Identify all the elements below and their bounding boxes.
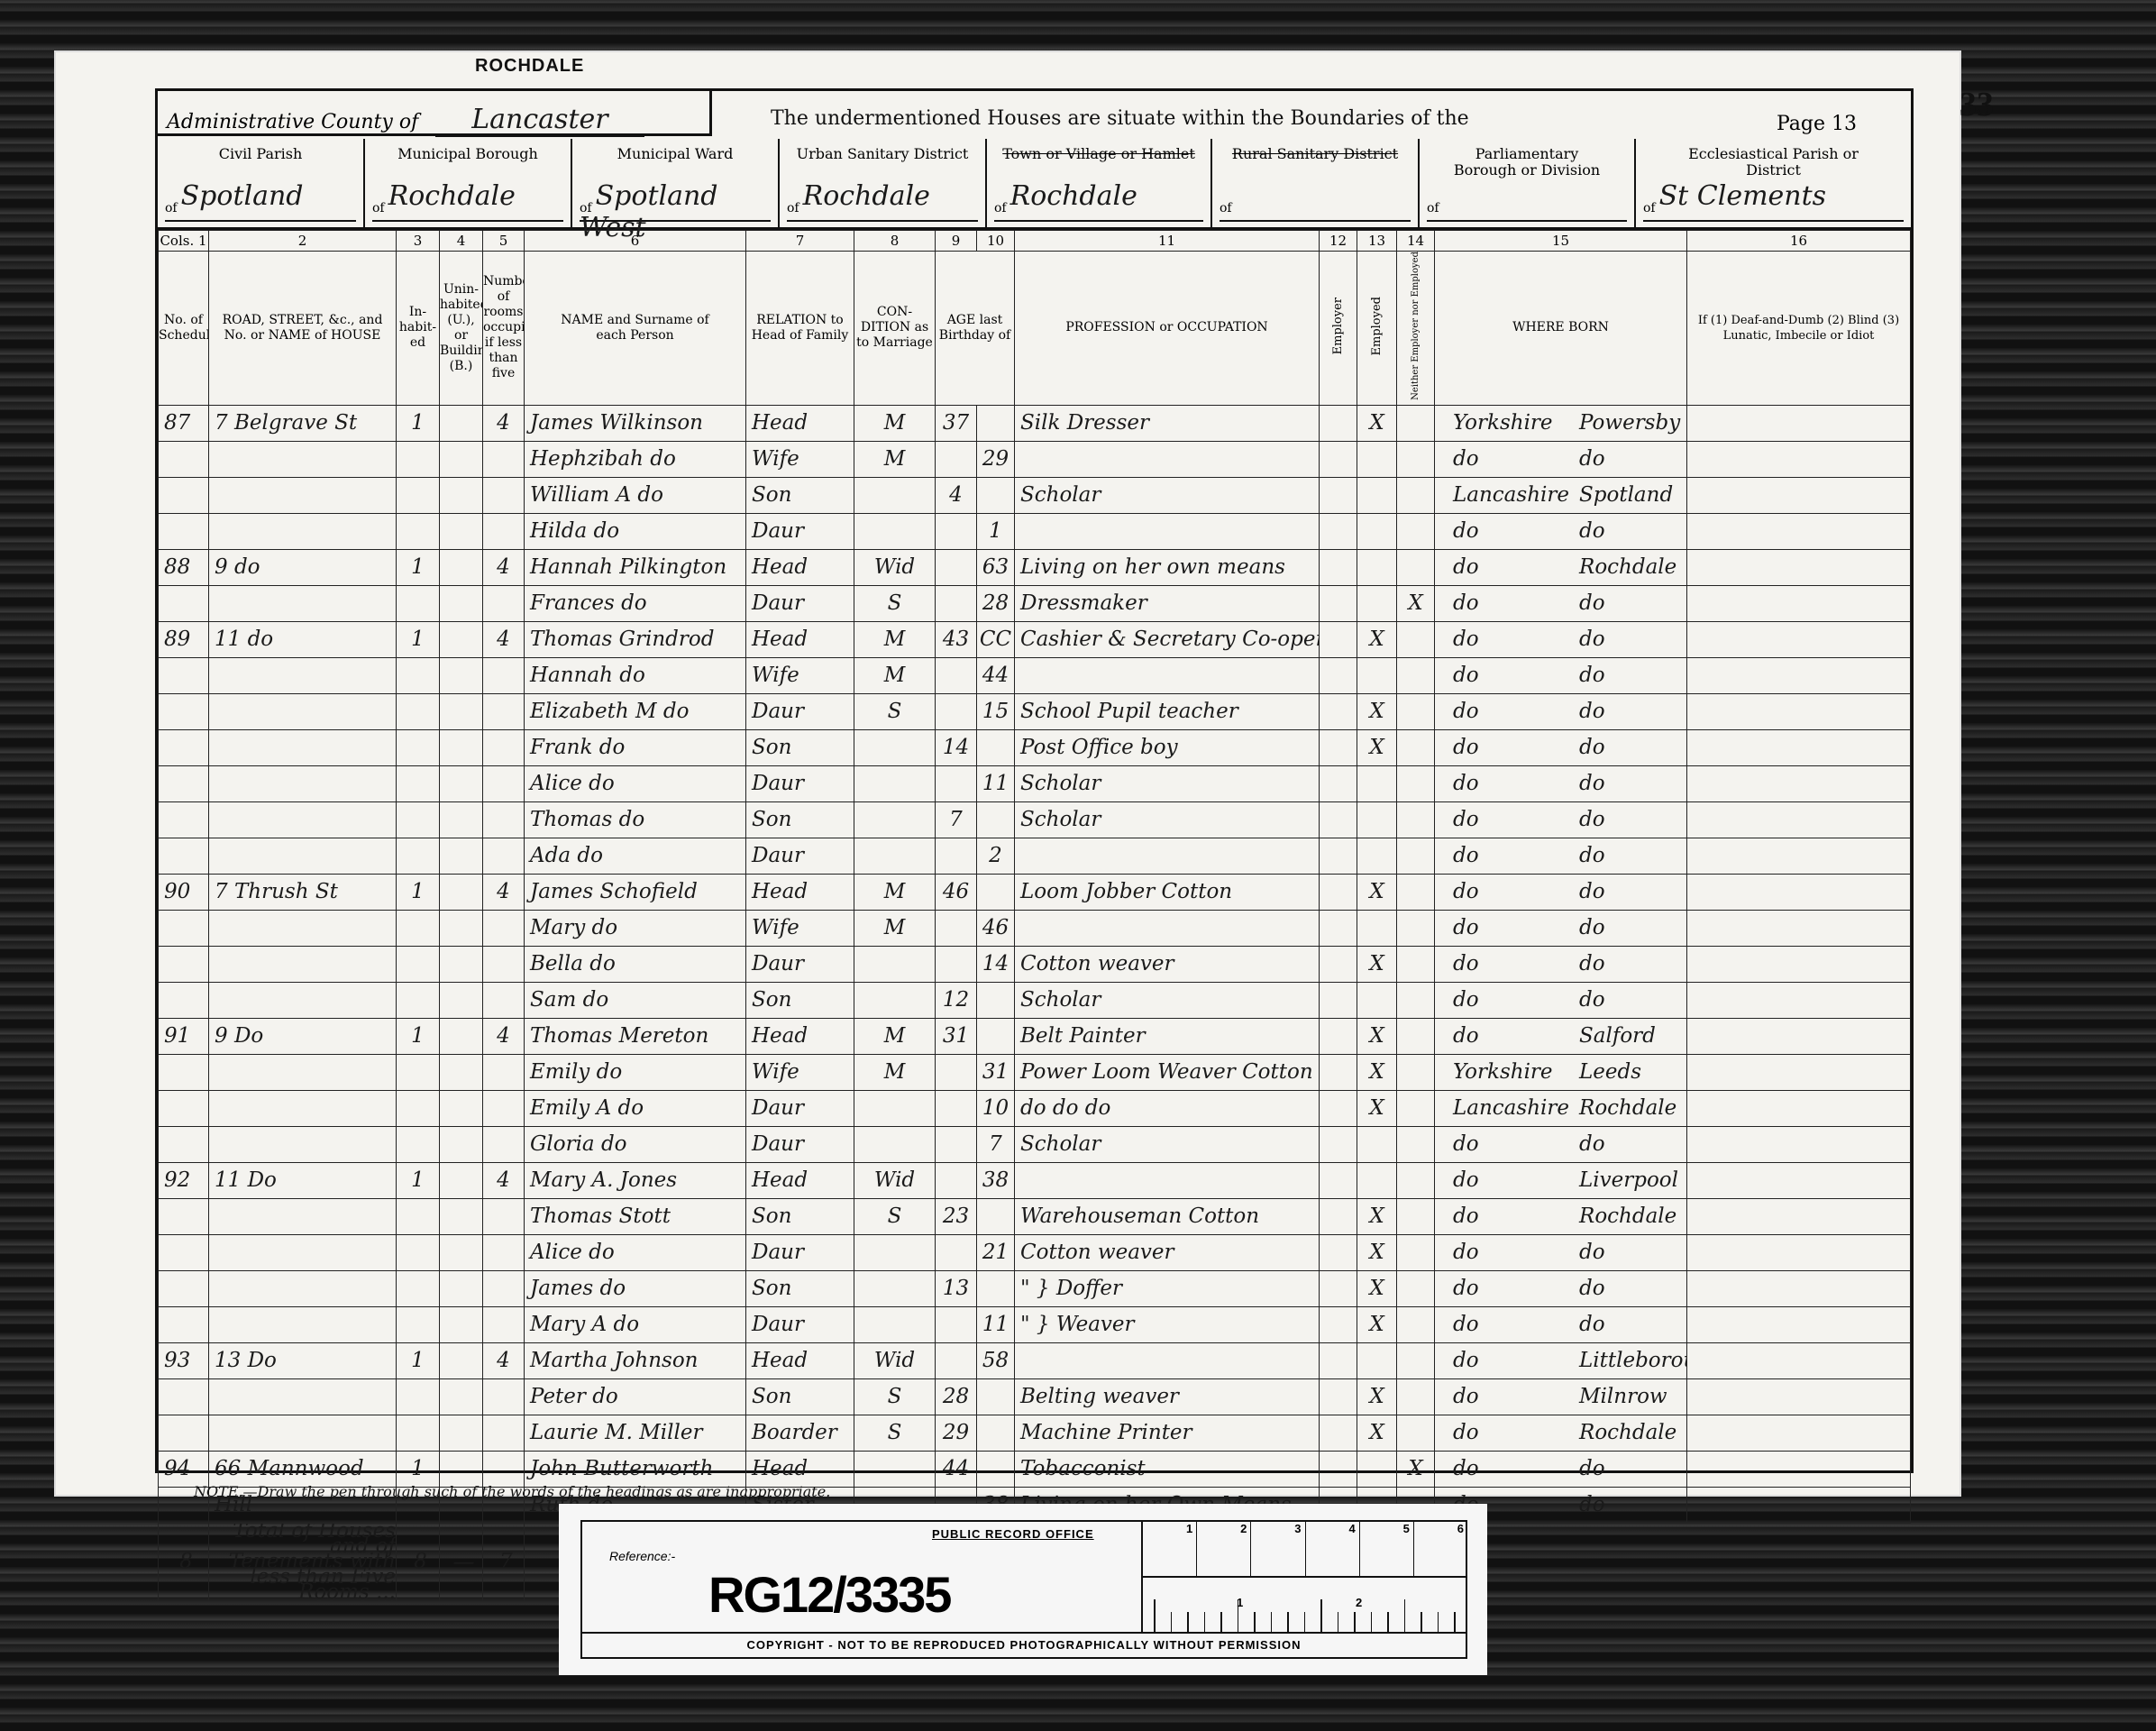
cell-name: Emily do [525,1054,746,1090]
cell-occupation: Tobacconist [1015,1451,1320,1487]
cell-rooms [483,801,525,838]
cell-address [209,838,397,874]
scale-tick [1287,1612,1289,1632]
cell-name: Elizabeth M do [525,693,746,729]
cell-neither: X [1397,585,1435,621]
cell-male-age [936,1126,977,1162]
cell-where-born: dodo [1435,1126,1687,1162]
cell-empty [440,477,483,513]
cell-male-age: 4 [936,477,977,513]
cell-condition [854,1234,936,1270]
table-row: 9313 Do14Martha JohnsonHeadWid58doLittle… [159,1342,1911,1378]
cell-occupation: Scholar [1015,982,1320,1018]
cell-employed [1357,513,1397,549]
cell-schedule: 92 [159,1162,209,1198]
cell-empty [440,1090,483,1126]
cell-rooms [483,1270,525,1306]
cell-schedule: 88 [159,549,209,585]
district-municipal-borough: Municipal Borough ofRochdale [365,139,572,227]
cell-schedule: 93 [159,1342,209,1378]
cell-male-age: 28 [936,1378,977,1415]
cell-empty [1687,982,1911,1018]
header-neither: Neither Employer nor Employed [1411,252,1421,400]
cell-address [209,1270,397,1306]
cell-name: Thomas Grindrod [525,621,746,657]
cell-neither [1397,729,1435,765]
cell-occupation: do do do [1015,1090,1320,1126]
cell-condition: M [854,657,936,693]
cell-name: Ada do [525,838,746,874]
cell-male-age [936,1054,977,1090]
cell-condition [854,477,936,513]
cell-female-age: 14 [977,946,1015,982]
cell-name: Gloria do [525,1126,746,1162]
cell-employer [1320,585,1357,621]
header-where-born: WHERE BORN [1435,252,1687,406]
cell-condition: M [854,874,936,910]
copyright-notice: COPYRIGHT - NOT TO BE REPRODUCED PHOTOGR… [582,1632,1466,1657]
total-houses-label: Total of Houses and of Tenements with le… [209,1523,397,1600]
cell-male-age [936,1090,977,1126]
cell-female-age: 2 [977,838,1015,874]
cell-relation: Son [746,801,854,838]
cell-inhabited: 1 [397,549,440,585]
cell-where-born: doRochdale [1435,549,1687,585]
cell-female-age: 11 [977,765,1015,801]
total-inhabited: 8 [397,1523,440,1600]
cell-male-age [936,693,977,729]
cell-inhabited [397,946,440,982]
cell-inhabited [397,765,440,801]
scale-tick [1254,1612,1256,1632]
scale-tick [1154,1599,1156,1632]
cell-where-born: doLiverpool [1435,1162,1687,1198]
table-row: Hilda doDaur1dodo [159,513,1911,549]
cell-empty [1687,1198,1911,1234]
cell-condition: M [854,1054,936,1090]
cell-where-born: LancashireSpotland [1435,477,1687,513]
district-ecclesiastical: Ecclesiastical Parish or District ofSt C… [1636,139,1911,227]
table-row: Alice doDaur11Scholardodo [159,765,1911,801]
cell-relation: Daur [746,513,854,549]
cell-empty [1687,693,1911,729]
cell-relation: Son [746,982,854,1018]
cell-rooms: 4 [483,1162,525,1198]
cell-employed [1357,657,1397,693]
cell-female-age [977,1198,1015,1234]
cell-where-born: dodo [1435,982,1687,1018]
cell-female-age: 1 [977,513,1015,549]
cell-female-age: 63 [977,549,1015,585]
cell-rooms [483,693,525,729]
cell-relation: Daur [746,585,854,621]
cell-male-age [936,1234,977,1270]
cell-female-age [977,477,1015,513]
cell-relation: Daur [746,765,854,801]
header-occupation: PROFESSION or OCCUPATION [1015,252,1320,406]
cell-rooms [483,1090,525,1126]
cell-condition [854,513,936,549]
cell-employed [1357,838,1397,874]
cell-rooms: 4 [483,549,525,585]
cell-employer [1320,765,1357,801]
cell-male-age [936,765,977,801]
cell-name: Thomas do [525,801,746,838]
cell-address: 11 Do [209,1162,397,1198]
cell-employed: X [1357,405,1397,441]
cell-employer [1320,657,1357,693]
cell-name: Alice do [525,765,746,801]
scale-tick [1338,1612,1339,1632]
header-address: ROAD, STREET, &c., and No. or NAME of HO… [209,252,397,406]
cell-relation: Daur [746,838,854,874]
cell-employer [1320,838,1357,874]
cell-occupation: Cashier & Secretary Co-operative Society [1015,621,1320,657]
cell-name: Thomas Stott [525,1198,746,1234]
cell-inhabited: 1 [397,874,440,910]
cell-schedule: 90 [159,874,209,910]
cell-inhabited [397,910,440,946]
table-row: 907 Thrush St14James SchofieldHeadM46Loo… [159,874,1911,910]
table-row: William A doSon4ScholarLancashireSpotlan… [159,477,1911,513]
cell-relation: Daur [746,1090,854,1126]
cell-employer [1320,1090,1357,1126]
header-uninhabited: Unin-habited (U.), or Building (B.) [440,252,483,406]
cell-male-age: 44 [936,1451,977,1487]
cell-employer [1320,513,1357,549]
cell-neither [1397,765,1435,801]
cell-employed: X [1357,1234,1397,1270]
cell-inhabited [397,1306,440,1342]
cell-employed: X [1357,1378,1397,1415]
cell-empty [1687,1415,1911,1451]
cell-condition [854,1270,936,1306]
cell-neither: X [1397,1451,1435,1487]
cell-empty [440,838,483,874]
cell-empty [1687,1451,1911,1487]
cell-where-born: dodo [1435,693,1687,729]
cell-occupation: School Pupil teacher [1015,693,1320,729]
cell-neither [1397,1162,1435,1198]
cell-empty [440,657,483,693]
cell-neither [1397,513,1435,549]
table-row: 8911 do14Thomas GrindrodHeadM43CCCashier… [159,621,1911,657]
cell-schedule: 87 [159,405,209,441]
cell-female-age: 29 [977,441,1015,477]
cell-name: Mary A do [525,1306,746,1342]
table-row: Hephzibah doWifeM29dodo [159,441,1911,477]
cell-employer [1320,1018,1357,1054]
cell-employer [1320,982,1357,1018]
cell-empty [1687,801,1911,838]
cell-address [209,1198,397,1234]
table-row: Frank doSon14Post Office boyXdodo [159,729,1911,765]
cell-occupation: Scholar [1015,1126,1320,1162]
cell-inhabited [397,801,440,838]
cell-schedule [159,1415,209,1451]
cell-empty [440,1451,483,1487]
cell-empty [1687,946,1911,982]
cell-female-age: 28 [977,585,1015,621]
cell-empty [440,1306,483,1342]
cell-condition [854,729,936,765]
scale-tick [1238,1599,1239,1632]
cell-female-age: 7 [977,1126,1015,1162]
census-table: Cols. 12345 678910 111213141516 No. of S… [158,230,1911,1601]
cell-employer [1320,910,1357,946]
cell-name: James do [525,1270,746,1306]
cell-employer [1320,1270,1357,1306]
cell-relation: Son [746,729,854,765]
cell-occupation: " } Weaver [1015,1306,1320,1342]
cell-where-born: doLittleborough [1435,1342,1687,1378]
table-row: Mary doWifeM46dodo [159,910,1911,946]
cell-condition: Wid [854,1162,936,1198]
cell-empty [1687,549,1911,585]
cell-neither [1397,1234,1435,1270]
folio-number: 33 [1960,85,1994,124]
cell-relation: Wife [746,910,854,946]
cell-schedule [159,693,209,729]
cell-address [209,1090,397,1126]
table-row: Sam doSon12Scholardodo [159,982,1911,1018]
cell-empty [440,1378,483,1415]
cell-male-age: 14 [936,729,977,765]
cell-where-born: dodo [1435,1306,1687,1342]
cell-schedule [159,1090,209,1126]
cell-male-age: 46 [936,874,977,910]
cell-inhabited [397,1270,440,1306]
cell-empty [440,1415,483,1451]
cell-employer [1320,1054,1357,1090]
cell-schedule [159,441,209,477]
cell-relation: Head [746,1342,854,1378]
cell-inhabited [397,838,440,874]
cell-address [209,910,397,946]
cell-female-age: 15 [977,693,1015,729]
cell-inhabited: 1 [397,1018,440,1054]
cell-employed [1357,1451,1397,1487]
table-row: James doSon13" } DofferXdodo [159,1270,1911,1306]
cell-condition: S [854,1378,936,1415]
cell-rooms [483,1234,525,1270]
cell-neither [1397,657,1435,693]
cell-employed [1357,801,1397,838]
cell-neither [1397,801,1435,838]
cell-empty [1687,765,1911,801]
cell-empty [440,982,483,1018]
cell-empty [1687,838,1911,874]
total-rooms: 7 [483,1523,525,1600]
cell-occupation: Cotton weaver [1015,946,1320,982]
cell-female-age [977,982,1015,1018]
cell-condition [854,1451,936,1487]
page-number: Page 13 [1777,113,1857,135]
cell-female-age: 46 [977,910,1015,946]
scale-tick [1421,1612,1422,1632]
cell-employed: X [1357,1306,1397,1342]
scale-tick [1404,1599,1406,1632]
cell-empty [1687,621,1911,657]
cell-address [209,585,397,621]
cell-inhabited [397,693,440,729]
cell-relation: Wife [746,657,854,693]
table-row: Emily A doDaur10do do doXLancashireRochd… [159,1090,1911,1126]
cell-employer [1320,1306,1357,1342]
district-town-village: Town or Village or Hamlet ofRochdale [987,139,1212,227]
header-inhabited: In-habit-ed [397,252,440,406]
cell-neither [1397,1054,1435,1090]
table-row: Alice doDaur21Cotton weaverXdodo [159,1234,1911,1270]
cell-female-age [977,801,1015,838]
cell-condition [854,1090,936,1126]
cell-employer [1320,477,1357,513]
cell-female-age: 38 [977,1162,1015,1198]
cell-neither [1397,405,1435,441]
cell-schedule [159,585,209,621]
cell-name: Frances do [525,585,746,621]
cell-empty [440,1018,483,1054]
cell-employed: X [1357,729,1397,765]
town-stamp: ROCHDALE [475,56,584,77]
reference-card: PUBLIC RECORD OFFICE Reference:- RG12/33… [559,1504,1487,1675]
cell-relation: Head [746,1018,854,1054]
cell-name: Bella do [525,946,746,982]
cell-empty [1687,1270,1911,1306]
cell-rooms [483,657,525,693]
total-uninhabited: — [440,1523,483,1600]
cell-occupation [1015,838,1320,874]
total-schedules: 8 [159,1523,209,1600]
cell-inhabited [397,1090,440,1126]
cell-male-age [936,585,977,621]
table-row: Peter doSonS28Belting weaverXdoMilnrow [159,1378,1911,1415]
cell-condition: M [854,1018,936,1054]
cell-neither [1397,1306,1435,1342]
cell-where-born: LancashireRochdale [1435,1090,1687,1126]
cell-where-born: YorkshireLeeds [1435,1054,1687,1090]
cell-condition: M [854,405,936,441]
scale-tick [1354,1612,1356,1632]
cell-occupation: Silk Dresser [1015,405,1320,441]
cell-name: Hephzibah do [525,441,746,477]
cell-address [209,657,397,693]
cell-schedule [159,477,209,513]
cell-empty [1687,910,1911,946]
cell-male-age [936,441,977,477]
cell-name: James Schofield [525,874,746,910]
cell-condition: S [854,693,936,729]
cell-male-age [936,1162,977,1198]
cell-employed: X [1357,1018,1397,1054]
cell-occupation [1015,441,1320,477]
cell-employed [1357,910,1397,946]
cell-address [209,513,397,549]
cell-employed: X [1357,621,1397,657]
cell-condition: M [854,910,936,946]
cell-employed: X [1357,1054,1397,1090]
cell-employer [1320,441,1357,477]
census-sheet: Administrative County of Lancaster The u… [155,88,1914,1473]
scale-tick [1387,1612,1389,1632]
table-row: 9466 Mannwood1John ButterworthHead44Toba… [159,1451,1911,1487]
cell-where-born: dodo [1435,910,1687,946]
cell-occupation: Dressmaker [1015,585,1320,621]
cell-name: John Butterworth [525,1451,746,1487]
cell-female-age: 44 [977,657,1015,693]
cell-male-age [936,946,977,982]
cell-neither [1397,441,1435,477]
table-row: Thomas StottSonS23Warehouseman CottonXdo… [159,1198,1911,1234]
cell-schedule: 91 [159,1018,209,1054]
cell-inhabited [397,657,440,693]
cell-where-born: dodo [1435,657,1687,693]
cell-where-born: dodo [1435,621,1687,657]
cell-condition: Wid [854,1342,936,1378]
cell-relation: Daur [746,1126,854,1162]
scale-tick [1454,1612,1456,1632]
scale-tick [1271,1612,1273,1632]
cell-male-age: 37 [936,405,977,441]
cell-rooms: 4 [483,1342,525,1378]
cell-name: Hannah do [525,657,746,693]
table-row: Laurie M. MillerBoarderS29Machine Printe… [159,1415,1911,1451]
table-row: 877 Belgrave St14James WilkinsonHeadM37S… [159,405,1911,441]
cell-schedule [159,910,209,946]
cell-female-age: 11 [977,1306,1015,1342]
cell-condition: S [854,585,936,621]
cell-male-age [936,1306,977,1342]
cell-rooms [483,982,525,1018]
table-row: Thomas doSon7Scholardodo [159,801,1911,838]
cell-occupation: Belt Painter [1015,1018,1320,1054]
cell-employer [1320,549,1357,585]
column-number-row: Cols. 12345 678910 111213141516 [159,231,1911,252]
cell-relation: Head [746,549,854,585]
admin-county-value: Lancaster [435,104,644,137]
cell-rooms: 4 [483,405,525,441]
scale-tick [1171,1612,1173,1632]
cell-inhabited: 1 [397,1451,440,1487]
table-row: 919 Do14Thomas MeretonHeadM31Belt Painte… [159,1018,1911,1054]
cell-address: 11 do [209,621,397,657]
cell-empty [440,910,483,946]
cell-empty [440,1126,483,1162]
cell-rooms [483,1306,525,1342]
cell-relation: Daur [746,1306,854,1342]
cell-occupation: Living on her own means [1015,549,1320,585]
cell-condition [854,801,936,838]
cell-empty [1687,657,1911,693]
district-rural-sanitary: Rural Sanitary District of [1212,139,1420,227]
cell-address [209,1415,397,1451]
cell-rooms [483,513,525,549]
cell-rooms: 4 [483,1018,525,1054]
cell-empty [1687,513,1911,549]
cell-relation: Head [746,1451,854,1487]
cell-where-born: dodo [1435,874,1687,910]
header-employed: Employed [1369,297,1384,355]
cell-condition [854,1126,936,1162]
cell-occupation: Loom Jobber Cotton [1015,874,1320,910]
header-employer: Employer [1330,298,1346,354]
cell-employer [1320,405,1357,441]
cell-neither [1397,621,1435,657]
cell-condition: Wid [854,549,936,585]
cell-male-age: 43 [936,621,977,657]
cell-neither [1397,1415,1435,1451]
cell-schedule [159,838,209,874]
